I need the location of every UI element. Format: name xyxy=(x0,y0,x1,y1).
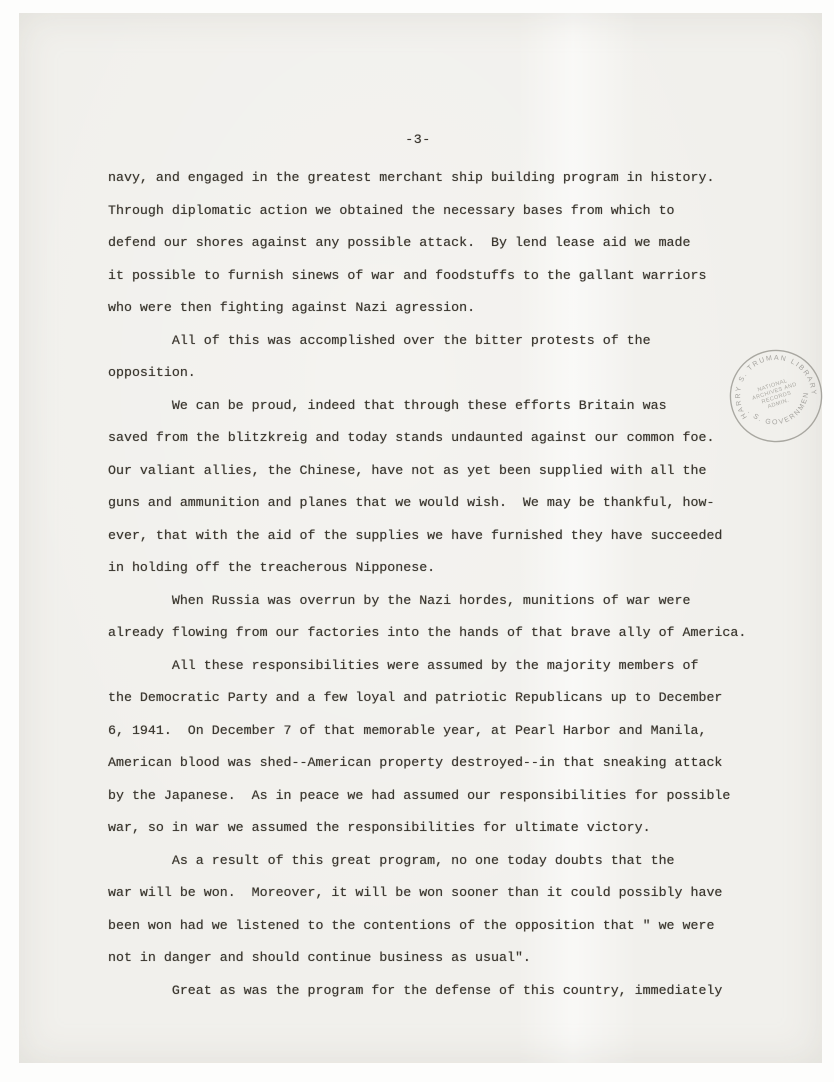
text-line: already flowing from our factories into … xyxy=(108,617,788,650)
text-line: been won had we listened to the contenti… xyxy=(108,910,788,943)
text-line: 6, 1941. On December 7 of that memorable… xyxy=(108,715,788,748)
text-line: in holding off the treacherous Nipponese… xyxy=(108,552,788,585)
text-line: by the Japanese. As in peace we had assu… xyxy=(108,780,788,813)
text-line: the Democratic Party and a few loyal and… xyxy=(108,682,788,715)
page-number: -3- xyxy=(108,132,728,147)
text-line: opposition. xyxy=(108,357,788,390)
text-line: When Russia was overrun by the Nazi hord… xyxy=(108,585,788,618)
text-line: All of this was accomplished over the bi… xyxy=(108,325,788,358)
text-line: not in danger and should continue busine… xyxy=(108,942,788,975)
text-line: As a result of this great program, no on… xyxy=(108,845,788,878)
text-line: war, so in war we assumed the responsibi… xyxy=(108,812,788,845)
text-line: guns and ammunition and planes that we w… xyxy=(108,487,788,520)
text-line: who were then fighting against Nazi agre… xyxy=(108,292,788,325)
text-line: We can be proud, indeed that through the… xyxy=(108,390,788,423)
text-line: it possible to furnish sinews of war and… xyxy=(108,260,788,293)
text-line: defend our shores against any possible a… xyxy=(108,227,788,260)
text-line: Our valiant allies, the Chinese, have no… xyxy=(108,455,788,488)
text-line: ever, that with the aid of the supplies … xyxy=(108,520,788,553)
text-line: American blood was shed--American proper… xyxy=(108,747,788,780)
document-page: -3- navy, and engaged in the greatest me… xyxy=(19,13,822,1063)
text-line: navy, and engaged in the greatest mercha… xyxy=(108,162,788,195)
text-line: Great as was the program for the defense… xyxy=(108,975,788,1008)
document-body: navy, and engaged in the greatest mercha… xyxy=(108,162,788,1007)
text-line: All these responsibilities were assumed … xyxy=(108,650,788,683)
text-line: Through diplomatic action we obtained th… xyxy=(108,195,788,228)
text-line: saved from the blitzkreig and today stan… xyxy=(108,422,788,455)
archive-stamp: HARRY S. TRUMAN LIBRARY U. S. GOVERNMENT… xyxy=(727,347,825,445)
text-line: war will be won. Moreover, it will be wo… xyxy=(108,877,788,910)
scan-background: { "page": { "number_label": "-3-" }, "do… xyxy=(0,0,834,1082)
